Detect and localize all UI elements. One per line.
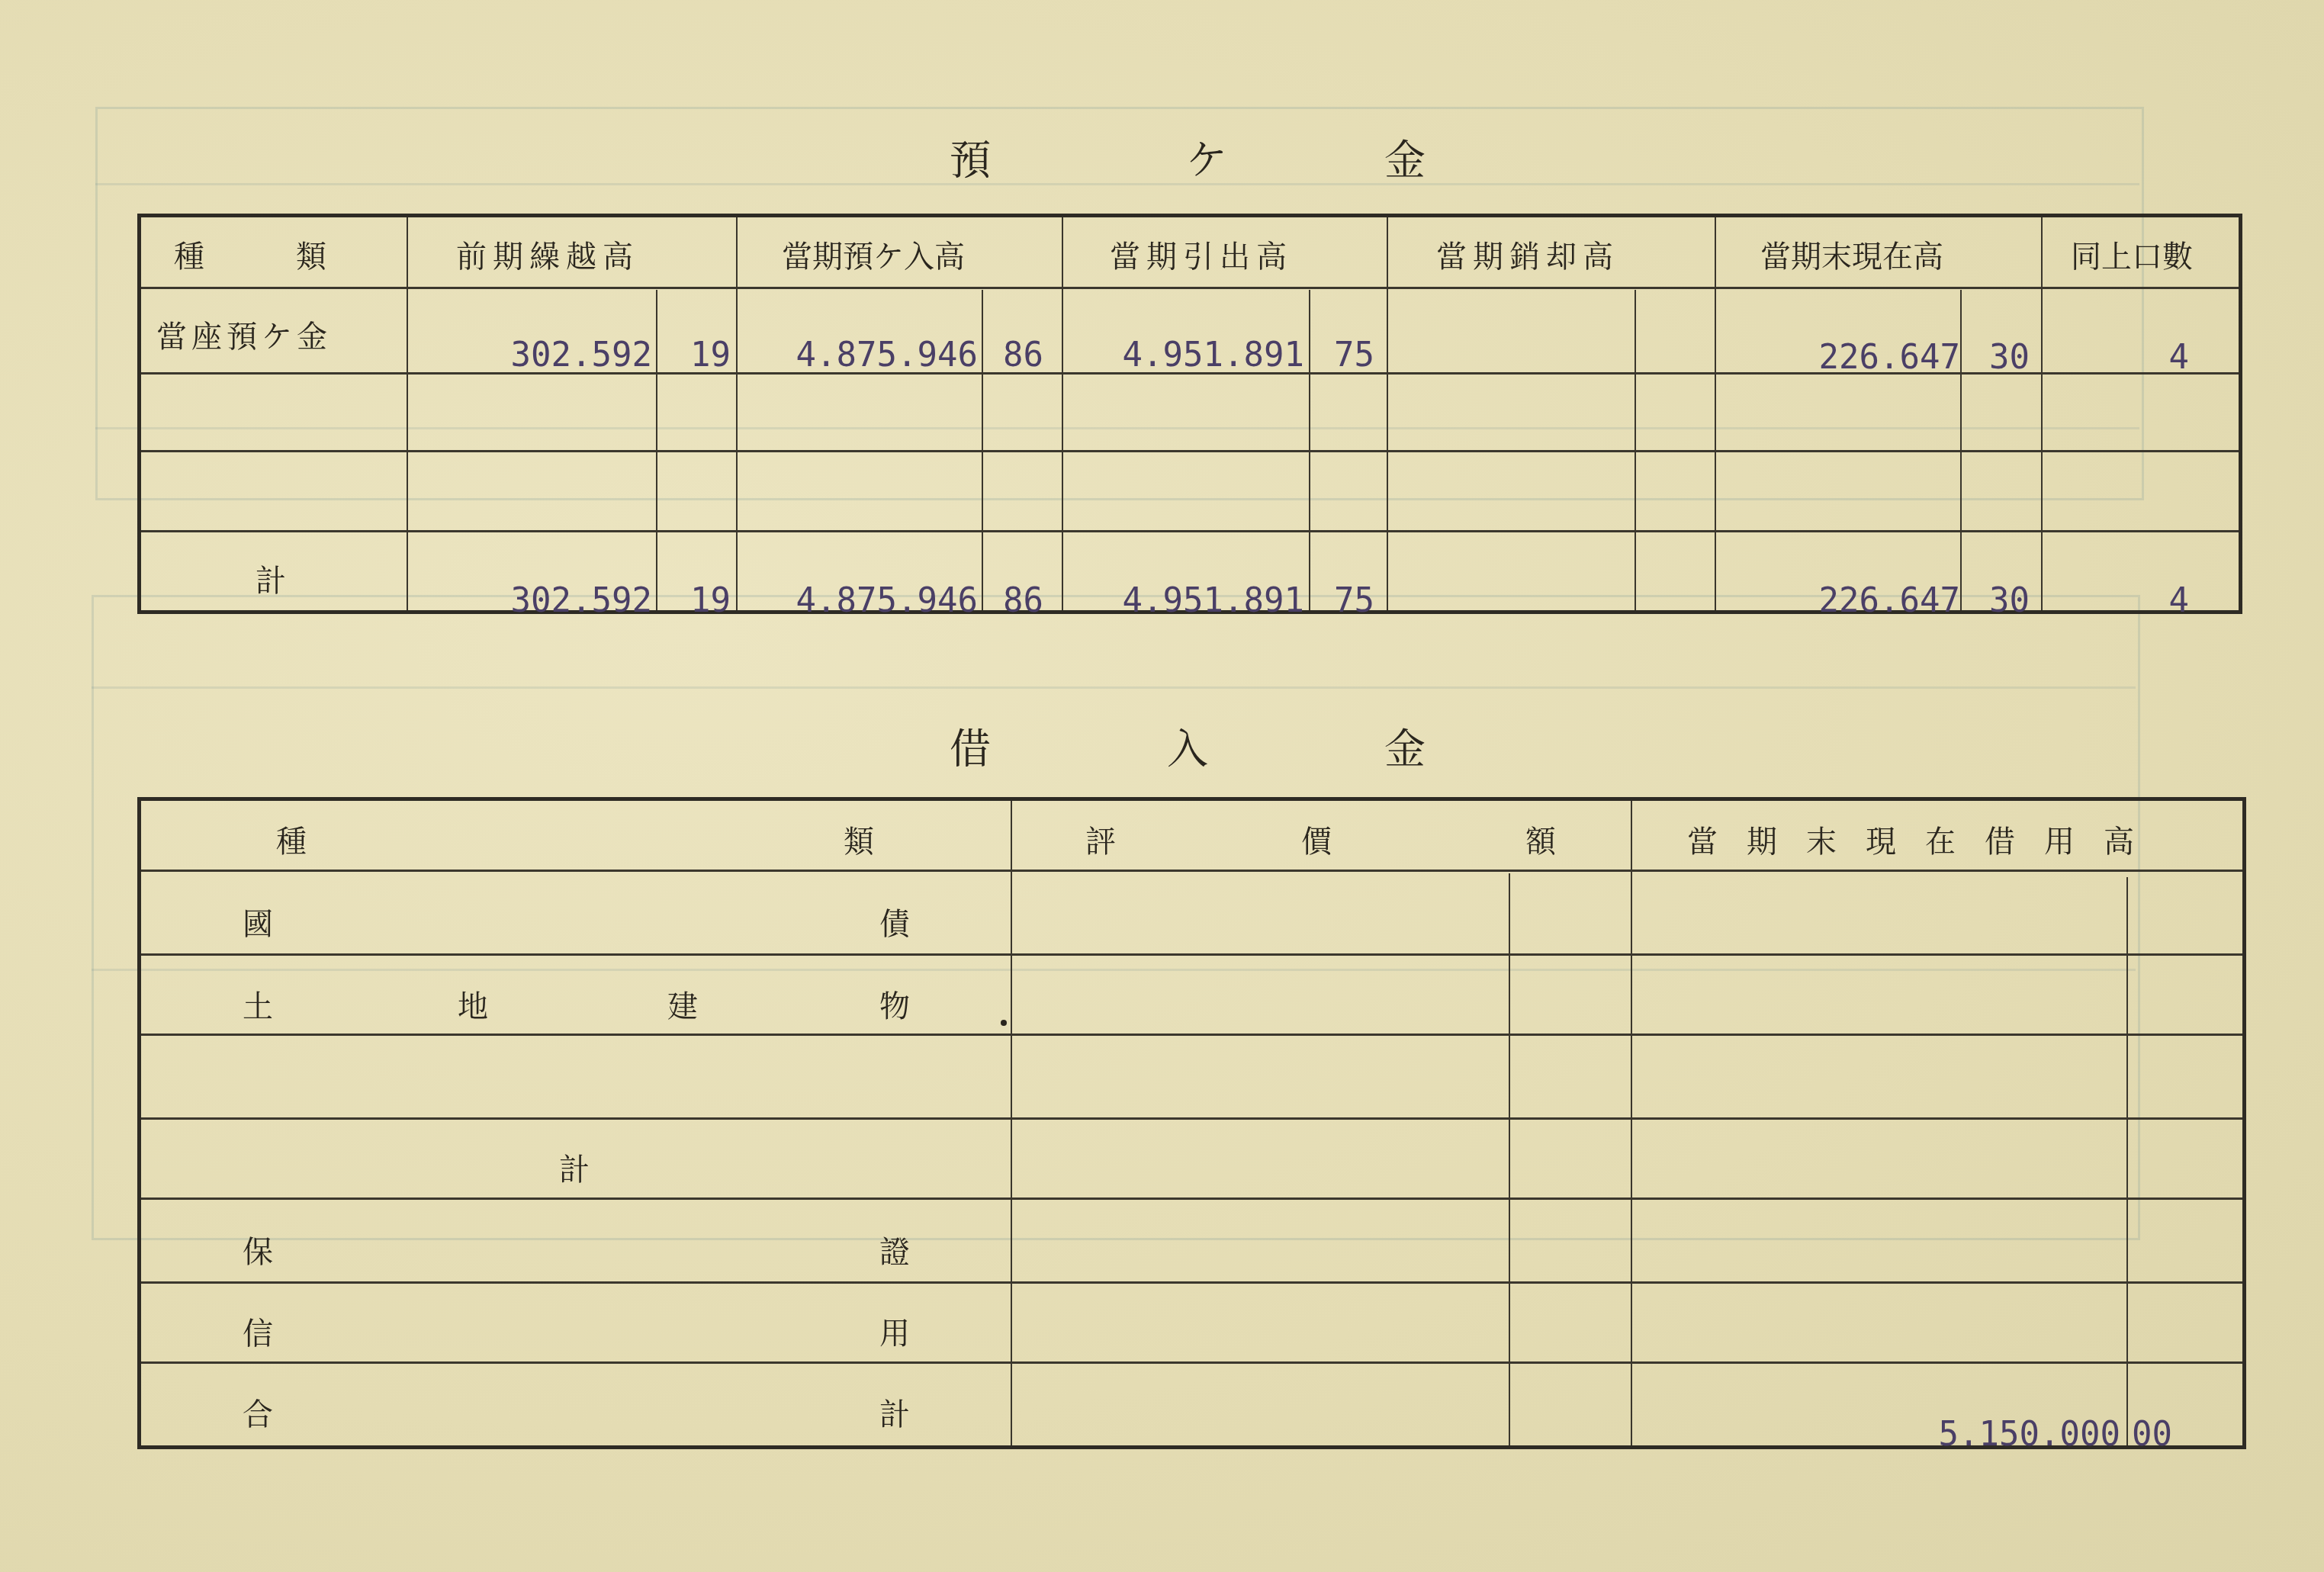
row-guarantee-2: 證 — [879, 1228, 910, 1271]
deposits-title-char: 金 — [1384, 128, 1426, 187]
borrowings-table — [137, 797, 2246, 1449]
header-type-right: 類 — [844, 818, 874, 861]
row-divider — [141, 1034, 2242, 1036]
grand-total-sen: 00 — [2132, 1415, 2193, 1454]
col-divider — [1387, 217, 1388, 610]
col-divider — [2041, 217, 2043, 610]
col-divider — [736, 217, 738, 610]
end-balance-yen: 226.647 — [1720, 338, 1960, 377]
header-type-left: 種 — [276, 818, 307, 861]
grand-total-yen: 5.150.000 — [1861, 1415, 2120, 1454]
total-deposited-sen: 86 — [986, 581, 1043, 620]
row-land-building-3: 建 — [667, 982, 698, 1026]
deposits-title: 預 ケ 金 — [0, 128, 2324, 182]
total-end-balance-sen: 30 — [1965, 581, 2030, 620]
row-grand-total-1: 合 — [243, 1390, 273, 1434]
header-accounts: 同上口數 — [2071, 233, 2193, 276]
row-divider — [141, 287, 2239, 289]
bleed-through-line — [92, 686, 2136, 689]
total-withdrawn-yen: 4.951.891 — [1068, 581, 1304, 620]
total-prev-balance-yen: 302.592 — [412, 581, 652, 620]
row-divider — [141, 450, 2239, 452]
ink-mark — [1001, 1020, 1007, 1026]
col-divider — [407, 217, 408, 610]
row-divider — [141, 530, 2239, 532]
bleed-through-line — [95, 183, 2139, 185]
row-grand-total-2: 計 — [879, 1390, 910, 1434]
row-subtotal: 計 — [559, 1146, 590, 1189]
deposited-yen: 4.875.946 — [741, 336, 978, 375]
total-withdrawn-sen: 75 — [1313, 581, 1374, 620]
total-deposited-yen: 4.875.946 — [741, 581, 978, 620]
row-credit-1: 信 — [243, 1310, 273, 1353]
row-divider — [141, 870, 2242, 872]
borrowings-title-char: 借 — [950, 717, 991, 776]
end-balance-sen: 30 — [1965, 338, 2030, 377]
header-written-off: 當期銷却高 — [1436, 233, 1619, 276]
header-valuation-2: 價 — [1301, 818, 1332, 861]
deposited-sen: 86 — [986, 336, 1043, 375]
col-divider — [1062, 217, 1063, 610]
row-divider — [141, 1197, 2242, 1200]
header-withdrawn: 當期引出高 — [1110, 233, 1293, 276]
row-national-bonds-2: 債 — [879, 900, 910, 944]
total-prev-balance-sen: 19 — [661, 581, 731, 620]
header-end-borrowed: 當期末現在借用高 — [1687, 818, 2163, 861]
row-divider — [141, 1117, 2242, 1120]
row-divider — [141, 1361, 2242, 1364]
deposits-title-char: ケ — [1186, 128, 1227, 187]
col-divider — [1011, 801, 1012, 1445]
row-divider — [141, 1281, 2242, 1284]
header-type: 種 類 — [174, 233, 326, 276]
borrowings-title-char: 入 — [1167, 717, 1208, 776]
row-type-current-deposit: 當座預ケ金 — [156, 313, 332, 356]
total-end-balance-yen: 226.647 — [1720, 581, 1960, 620]
row-land-building-4: 物 — [879, 982, 910, 1026]
col-divider — [1631, 801, 1632, 1445]
col-divider — [1715, 217, 1716, 610]
accounts-count: 4 — [2048, 338, 2189, 377]
sub-divider — [1509, 873, 1510, 1445]
borrowings-title: 借 入 金 — [0, 717, 2324, 770]
withdrawn-sen: 75 — [1313, 336, 1374, 375]
header-prev-balance: 前期繰越高 — [456, 233, 639, 276]
row-guarantee-1: 保 — [243, 1228, 273, 1271]
row-land-building-1: 土 — [243, 982, 273, 1026]
row-national-bonds-1: 國 — [243, 900, 273, 944]
borrowings-title-char: 金 — [1384, 717, 1426, 776]
prev-balance-yen: 302.592 — [412, 336, 652, 375]
total-accounts-count: 4 — [2048, 581, 2189, 620]
header-end-balance: 當期末現在高 — [1760, 233, 1943, 276]
row-land-building-2: 地 — [458, 982, 488, 1026]
withdrawn-yen: 4.951.891 — [1068, 336, 1304, 375]
row-credit-2: 用 — [879, 1310, 910, 1353]
header-valuation-1: 評 — [1085, 818, 1116, 861]
header-deposited: 當期預ケ入高 — [782, 233, 965, 276]
header-valuation-3: 額 — [1525, 818, 1556, 861]
deposits-title-char: 預 — [950, 128, 991, 187]
sub-divider — [2126, 877, 2128, 1445]
row-divider — [141, 953, 2242, 956]
prev-balance-sen: 19 — [661, 336, 731, 375]
total-label: 計 — [256, 557, 286, 600]
